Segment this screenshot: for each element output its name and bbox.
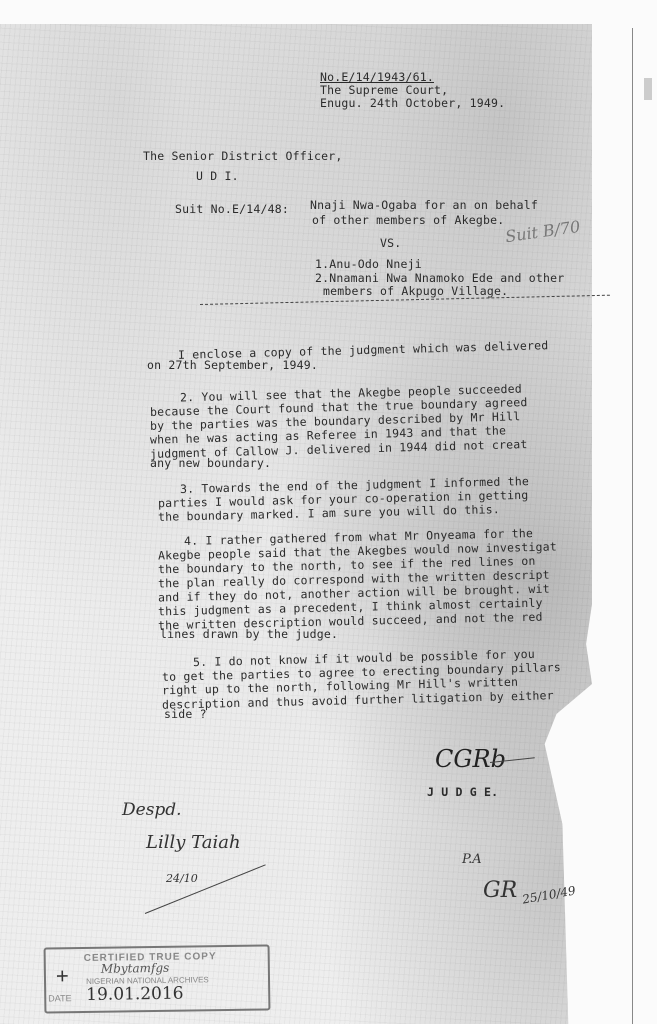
- certification-stamp: + CERTIFIED TRUE COPY Mbytamfgs NIGERIAN…: [44, 944, 271, 1013]
- plaintiff-line2: of other members of Akegbe.: [312, 213, 504, 227]
- defendant-2-line2: members of Akpugo Village.: [323, 284, 508, 298]
- court-name: The Supreme Court,: [320, 83, 448, 97]
- paragraph-line: side ?: [164, 707, 207, 721]
- paragraph-line: lines drawn by the judge.: [160, 627, 338, 641]
- initials-right: GR: [483, 878, 517, 903]
- stamp-signature: Mbytamfgs: [101, 961, 170, 976]
- cross-mark: +: [56, 963, 69, 989]
- page-edge-tab: [644, 78, 652, 100]
- judge-title: J U D G E.: [427, 785, 498, 799]
- date-left: 24/10: [166, 872, 198, 885]
- suit-label: Suit No.E/14/48:: [175, 202, 289, 216]
- paragraph-line: any new boundary.: [150, 456, 271, 470]
- reference-number: No.E/14/1943/61.: [320, 70, 434, 84]
- plaintiff-line1: Nnaji Nwa-Ogaba for an on behalf: [310, 198, 538, 212]
- stamp-date-label: DATE: [48, 993, 71, 1003]
- document-page: [0, 24, 592, 1024]
- despatch-note: Despd.: [122, 800, 182, 820]
- defendant-2-line1: 2.Nnamani Nwa Nnamoko Ede and other: [315, 271, 564, 285]
- stamp-date: 19.01.2016: [86, 984, 184, 1005]
- versus: VS.: [380, 236, 401, 250]
- place-date: Enugu. 24th October, 1949.: [320, 96, 505, 110]
- addressee-line2: U D I.: [196, 169, 239, 183]
- defendant-1: 1.Anu-Odo Nneji: [315, 257, 422, 271]
- initials-left: Lilly Taiah: [146, 832, 241, 853]
- paragraph-line: on 27th September, 1949.: [147, 358, 318, 372]
- pa-note: P.A: [462, 852, 482, 867]
- page-edge-line: [632, 28, 633, 1024]
- addressee-line1: The Senior District Officer,: [143, 149, 342, 163]
- judge-signature: CGRb: [435, 745, 506, 773]
